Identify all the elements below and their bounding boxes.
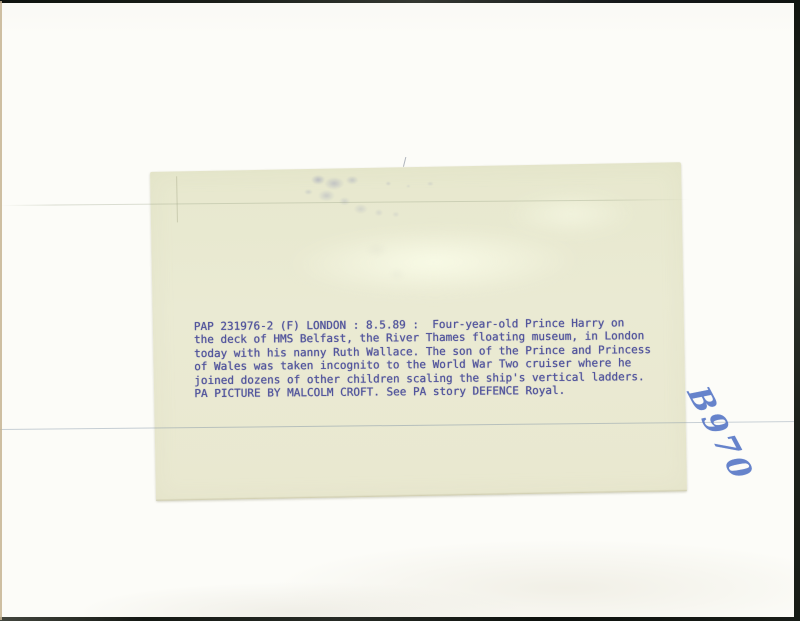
card-light-patch-secondary — [480, 183, 661, 246]
scanner-edge-right — [794, 0, 800, 621]
caption-line: PA PICTURE BY MALCOLM CROFT. See PA stor… — [194, 383, 651, 400]
ink-smudge-dots — [378, 176, 448, 193]
scanner-edge-bottom — [0, 617, 800, 621]
scanner-edge-top — [0, 0, 800, 3]
card-crease-vertical — [176, 176, 178, 222]
scanned-photo-back: { "card": { "caption_lines": [ "PAP 2319… — [0, 0, 800, 621]
caption-card: PAP 231976-2 (F) LONDON : 8.5.89 : Four-… — [150, 162, 687, 501]
scanner-edge-left — [0, 1, 2, 620]
card-bottom-edge-shadow — [156, 489, 687, 501]
typed-caption: PAP 231976-2 (F) LONDON : 8.5.89 : Four-… — [194, 316, 652, 400]
faint-smudge — [346, 229, 427, 300]
card-light-patch — [233, 211, 635, 313]
handwritten-code: B970 — [679, 382, 760, 487]
